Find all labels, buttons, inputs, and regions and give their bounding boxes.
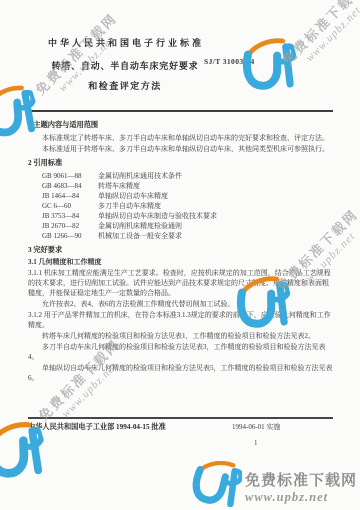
reference-title: 金属切削机床通用技术条件 xyxy=(98,171,334,181)
section-1-heading: 1 主题内容与适用范围 xyxy=(28,120,334,130)
section-3-1-2-para-turret: 转塔车床几何精度的检验项目和检验方法见表1，工作精度的检验项目和检验方法见表2。 xyxy=(28,331,334,341)
section-3-1-2-para-singleaxis: 单轴纵切自动车床几何精度的检验项目和检验方法见表5，工作精度的检验项目和检验方法… xyxy=(28,363,334,383)
brand-site-name: 免费标准下载网 xyxy=(245,469,357,490)
reference-code: GB 9061—88 xyxy=(42,171,98,181)
document-title: 转塔、自动、半自动车床完好要求 和检查评定方法 xyxy=(0,59,250,92)
reference-code: GB 1266—90 xyxy=(42,231,98,241)
reference-code: JB 3753—84 xyxy=(42,211,98,221)
reference-row: GB 9061—88 金属切削机床通用技术条件 xyxy=(42,171,334,181)
brand-text: 免费标准下载网 www.upbz.net xyxy=(245,469,357,505)
reference-code: JB 2670—82 xyxy=(42,221,98,231)
section-2-heading: 2 引用标准 xyxy=(28,158,334,168)
page-number: 1 xyxy=(254,439,258,447)
document-title-line2: 和检查评定方法 xyxy=(0,79,250,92)
upbz-logo-icon xyxy=(190,461,242,510)
reference-title: 多刀半自动车床精度 xyxy=(98,201,334,211)
watermark-site-name: 免费标准下载网 xyxy=(16,0,136,113)
footer-approval: 中华人民共和国电子工业部 1994-04-15 批准 xyxy=(28,422,166,432)
reference-title: 单轴纵切自动车床精度 xyxy=(98,191,334,201)
document-title-line1: 转塔、自动、半自动车床完好要求 xyxy=(0,59,250,72)
reference-row: JB 1464—84 单轴纵切自动车床精度 xyxy=(42,191,334,201)
watermark-site-url: www.upbz.net xyxy=(276,0,360,91)
section-3-1-subheading: 3.1 几何精度和工作精度 xyxy=(28,257,334,267)
watermark-site-name: 免费标准下载网 xyxy=(263,0,360,83)
title-divider xyxy=(28,110,333,112)
reference-code: GC 6—60 xyxy=(42,201,98,211)
reference-row: GB 4683—84 转塔车床精度 xyxy=(42,181,334,191)
reference-list: GB 9061—88 金属切削机床通用技术条件 GB 4683—84 转塔车床精… xyxy=(28,171,334,241)
reference-row: GC 6—60 多刀半自动车床精度 xyxy=(42,201,334,211)
document-body: 1 主题内容与适用范围 本标准规定了转塔车床、多刀半自动车床和单轴纵切自动车床的… xyxy=(28,115,334,384)
upbz-brand: 免费标准下载网 www.upbz.net xyxy=(190,461,357,510)
reference-code: JB 1464—84 xyxy=(42,191,98,201)
section-3-1-1-note: 允许按表2、表4、表6的方法检测工作精度代替切削加工试验。 xyxy=(28,299,334,309)
section-3-1-2-para: 3.1.2 用于产品零件精加工的机床，在符合本标准3.1.3规定的要求的前提下，… xyxy=(28,310,334,330)
brand-site-url: www.upbz.net xyxy=(245,490,357,505)
standard-org-line: 中华人民共和国电子行业标准 xyxy=(0,36,252,49)
section-3-1-2-para-multitool: 多刀半自动车床几何精度的检验项目和检验方法见表3，工作精度的检验项目和检验方法见… xyxy=(28,342,334,362)
reference-row: JB 2670—82 金属切削机床精度检验通则 xyxy=(42,221,334,231)
document-page: 中华人民共和国电子行业标准 SJ/T 31003-94 转塔、自动、半自动车床完… xyxy=(0,0,360,510)
reference-title: 转塔车床精度 xyxy=(98,181,334,191)
section-3-1-1-para: 3.1.1 机床加工精度应能满足生产工艺要求。检查时，应按机床规定的加工范围，结… xyxy=(28,268,334,298)
reference-row: GB 1266—90 机械加工设备一般安全要求 xyxy=(42,231,334,241)
footer-divider xyxy=(28,417,333,419)
section-3-heading: 3 完好要求 xyxy=(28,245,334,255)
reference-code: GB 4683—84 xyxy=(42,181,98,191)
footer-implementation: 1994-06-01 实施 xyxy=(232,422,280,432)
section-1-para-2: 本标准适用于转塔车床、多刀半自动车床和单轴纵切自动车床，其他同类型机床可参照执行… xyxy=(28,144,334,154)
watermark-top-right: 免费标准下载网 www.upbz.net xyxy=(263,0,360,91)
reference-title: 金属切削机床精度检验通则 xyxy=(98,221,334,231)
section-1-para-1: 本标准规定了转塔车床、多刀半自动车床和单轴纵切自动车床的完好要求和检查、评定方法… xyxy=(28,133,334,143)
reference-title: 机械加工设备一般安全要求 xyxy=(98,231,334,241)
reference-title: 单轴纵切自动车床制造与验收技术要求 xyxy=(98,211,334,221)
reference-row: JB 3753—84 单轴纵切自动车床制造与验收技术要求 xyxy=(42,211,334,221)
